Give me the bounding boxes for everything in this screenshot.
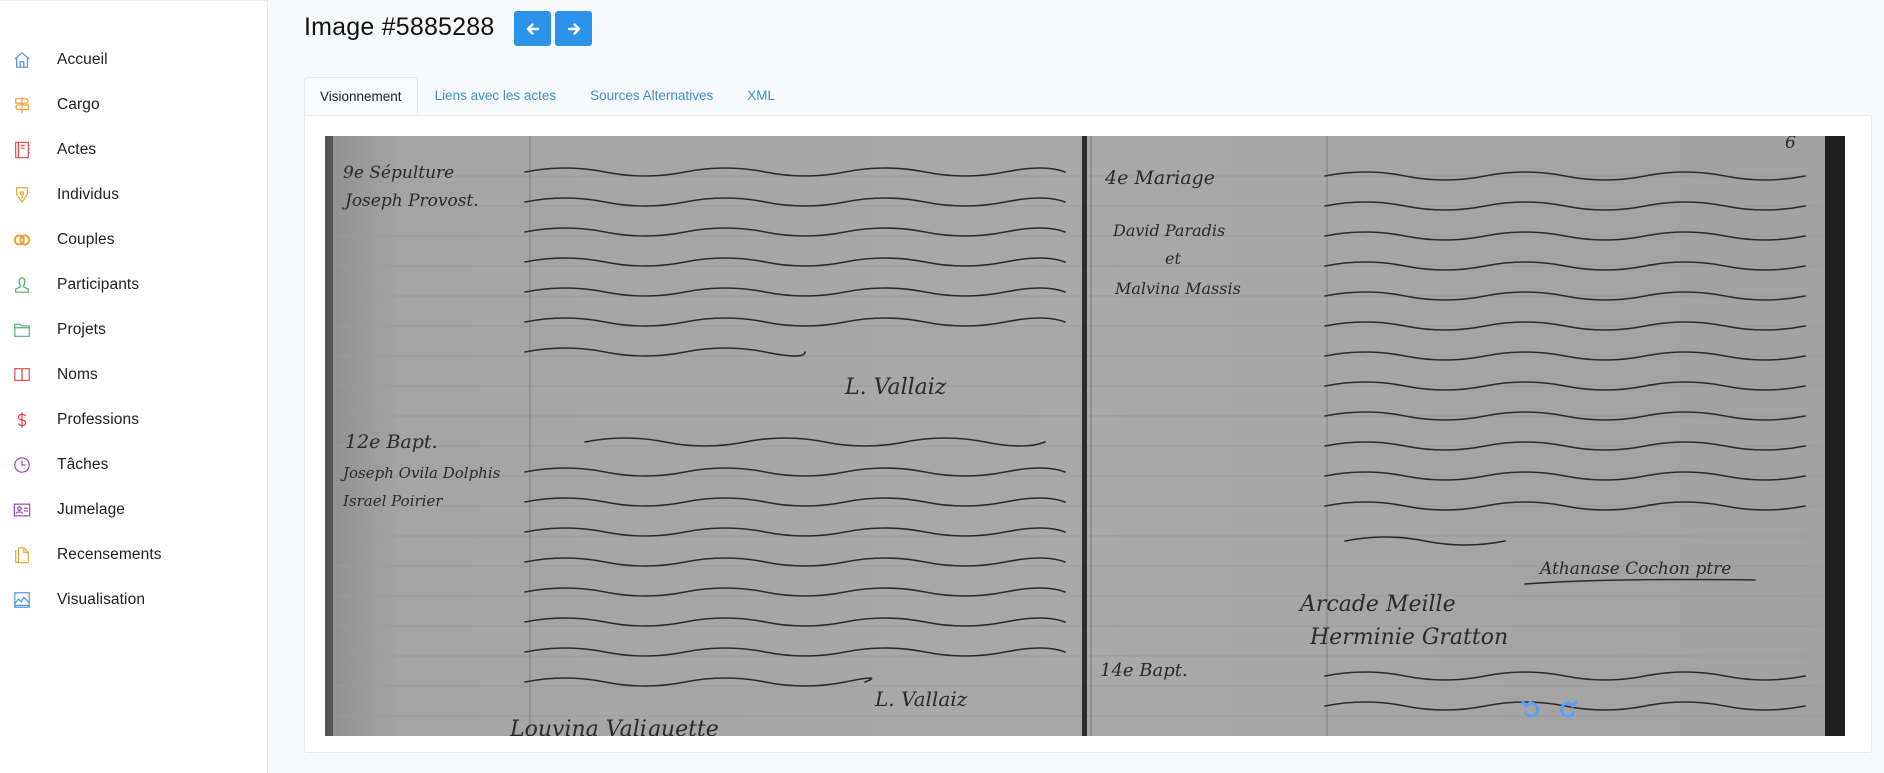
svg-text:Israel Poirier: Israel Poirier <box>342 492 443 510</box>
rotate-right-button[interactable] <box>1555 696 1581 722</box>
folder-icon <box>12 320 32 340</box>
sidebar-item-label: Tâches <box>57 456 108 474</box>
tab-xml[interactable]: XML <box>730 77 792 116</box>
viewer-card: 9e Sépulture Joseph Provost. 12e Bapt. J… <box>304 115 1872 753</box>
sidebar-item-recensements[interactable]: Recensements <box>0 532 267 577</box>
sidebar-item-label: Recensements <box>57 546 162 564</box>
sidebar-item-projets[interactable]: Projets <box>0 307 267 352</box>
sidebar-item-actes[interactable]: Actes <box>0 127 267 172</box>
sidebar-item-label: Noms <box>57 366 98 384</box>
svg-text:6: 6 <box>1785 136 1796 153</box>
sidebar-item-label: Participants <box>57 276 139 294</box>
svg-text:Joseph Ovila Dolphis: Joseph Ovila Dolphis <box>340 464 501 482</box>
tab-liens-avec-les-actes[interactable]: Liens avec les actes <box>418 77 574 116</box>
image-chart-icon <box>12 590 32 610</box>
svg-text:Arcade Meille: Arcade Meille <box>1298 592 1456 617</box>
svg-text:12e Bapt.: 12e Bapt. <box>345 431 438 453</box>
user-icon <box>12 275 32 295</box>
book-icon <box>12 365 32 385</box>
main-content: Image #5885288 Visionnement Liens avec l… <box>268 0 1884 773</box>
tab-bar: Visionnement Liens avec les actes Source… <box>304 77 792 116</box>
svg-text:14e Bapt.: 14e Bapt. <box>1100 660 1188 681</box>
rings-icon <box>12 230 32 250</box>
pen-nib-icon <box>12 185 32 205</box>
clock-icon <box>12 455 32 475</box>
previous-image-button[interactable] <box>514 11 551 46</box>
sidebar-item-label: Couples <box>57 231 115 249</box>
sidebar-nav: Accueil Cargo Actes Individus Couples <box>0 1 267 622</box>
tab-sources-alternatives[interactable]: Sources Alternatives <box>573 77 730 116</box>
page-title: Image #5885288 <box>304 13 494 42</box>
title-row: Image #5885288 <box>304 8 596 46</box>
scanned-register-image: 9e Sépulture Joseph Provost. 12e Bapt. J… <box>325 136 1845 736</box>
notebook-icon <box>12 140 32 160</box>
rotate-left-button[interactable] <box>1518 696 1544 722</box>
svg-text:Herminie Gratton: Herminie Gratton <box>1309 625 1508 650</box>
sidebar-item-couples[interactable]: Couples <box>0 217 267 262</box>
image-navigation <box>514 11 596 46</box>
signpost-icon <box>12 95 32 115</box>
arrow-right-icon <box>567 22 581 36</box>
sidebar-item-label: Visualisation <box>57 591 145 609</box>
svg-text:4e Mariage: 4e Mariage <box>1104 167 1215 189</box>
dollar-icon <box>12 410 32 430</box>
svg-text:Malvina Massis: Malvina Massis <box>1114 279 1241 298</box>
home-icon <box>12 50 32 70</box>
rotate-left-icon <box>1520 698 1542 720</box>
sidebar-item-label: Accueil <box>57 51 108 69</box>
sidebar-item-label: Actes <box>57 141 96 159</box>
sidebar-item-label: Professions <box>57 411 139 429</box>
svg-text:L. Vallaiz: L. Vallaiz <box>844 375 947 400</box>
sidebar-item-cargo[interactable]: Cargo <box>0 82 267 127</box>
svg-text:L. Vallaiz: L. Vallaiz <box>874 687 968 711</box>
sidebar-item-noms[interactable]: Noms <box>0 352 267 397</box>
next-image-button[interactable] <box>555 11 592 46</box>
sidebar-item-accueil[interactable]: Accueil <box>0 37 267 82</box>
sidebar-item-professions[interactable]: Professions <box>0 397 267 442</box>
sidebar-item-label: Individus <box>57 186 119 204</box>
arrow-left-icon <box>526 22 540 36</box>
documents-icon <box>12 545 32 565</box>
document-image-viewer[interactable]: 9e Sépulture Joseph Provost. 12e Bapt. J… <box>325 136 1845 736</box>
tab-visionnement[interactable]: Visionnement <box>304 77 418 116</box>
svg-text:Athanase Cochon ptre: Athanase Cochon ptre <box>1538 559 1731 579</box>
sidebar-item-taches[interactable]: Tâches <box>0 442 267 487</box>
sidebar-item-participants[interactable]: Participants <box>0 262 267 307</box>
rotate-right-icon <box>1557 698 1579 720</box>
sidebar: Accueil Cargo Actes Individus Couples <box>0 0 268 773</box>
svg-text:et: et <box>1165 249 1181 268</box>
sidebar-item-individus[interactable]: Individus <box>0 172 267 217</box>
svg-text:Louvina Valiquette: Louvina Valiquette <box>509 717 719 736</box>
svg-text:9e Sépulture: 9e Sépulture <box>343 163 454 183</box>
sidebar-item-jumelage[interactable]: Jumelage <box>0 487 267 532</box>
sidebar-item-visualisation[interactable]: Visualisation <box>0 577 267 622</box>
sidebar-item-label: Projets <box>57 321 106 339</box>
svg-text:David Paradis: David Paradis <box>1112 221 1225 240</box>
svg-text:Joseph Provost.: Joseph Provost. <box>342 191 479 211</box>
sidebar-item-label: Jumelage <box>57 501 125 519</box>
id-card-icon <box>12 500 32 520</box>
sidebar-item-label: Cargo <box>57 96 100 114</box>
